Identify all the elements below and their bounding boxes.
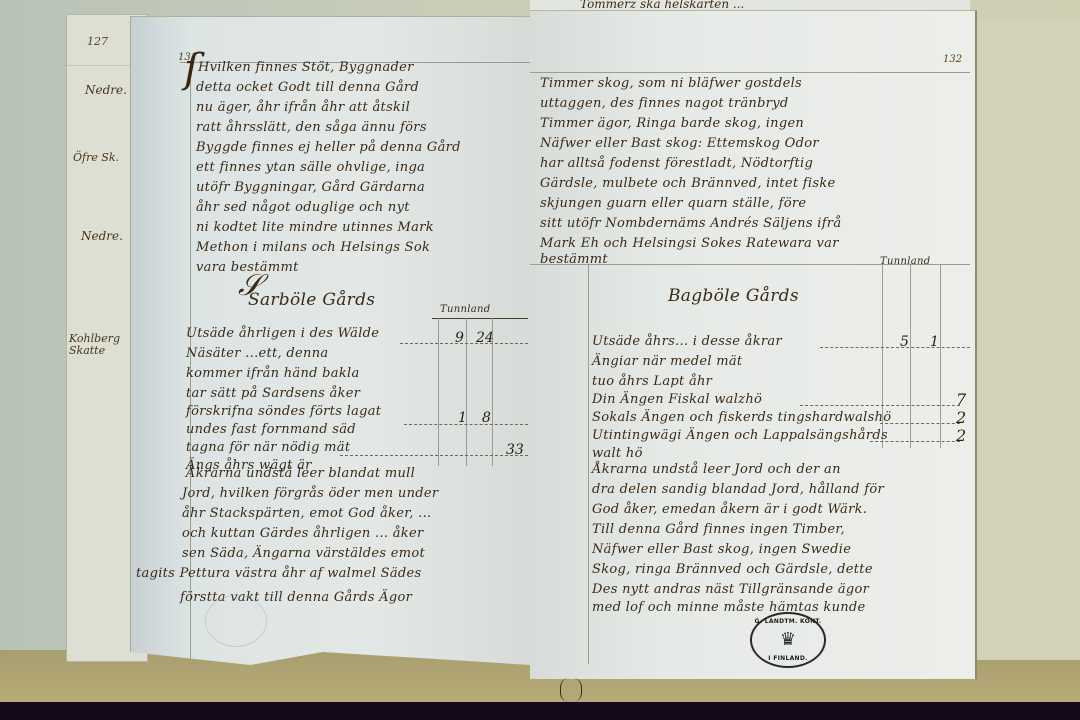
leader-dashes — [870, 441, 960, 442]
page-number: 127 — [87, 35, 108, 48]
value-cell: 33 — [506, 442, 524, 458]
text-line: har alltså fodenst förestladt, Nödtorfti… — [540, 156, 813, 171]
table-column-rule — [910, 264, 911, 448]
text-line: Åkrarna undstå leer blandat mull — [186, 466, 415, 481]
column-header: Tunnland — [440, 304, 490, 315]
photo-border — [0, 702, 1080, 720]
text-line: Näfwer eller Bast skog: Ettemskog Odor — [540, 136, 819, 151]
table-header-rule — [432, 318, 528, 319]
text-line: ni kodtet lite mindre utinnes Mark — [196, 220, 434, 235]
value-cell: 24 — [476, 330, 494, 346]
entry-text: Utsäde åhrs... i desse åkrar — [592, 334, 782, 349]
leader-dashes — [800, 405, 960, 406]
page-number: 132 — [943, 54, 962, 65]
leader-dashes — [820, 347, 970, 348]
text-line: Des nytt andras näst Tillgränsande ägor — [592, 582, 869, 597]
entry-text: tar sätt på Sardsens åker — [186, 386, 360, 401]
leader-dashes — [400, 343, 528, 344]
text-line: dra delen sandig blandad Jord, hålland f… — [592, 482, 884, 497]
text-line: Åkrarna undstå leer Jord och der an — [592, 462, 841, 477]
margin-label: Nedre. — [85, 83, 127, 97]
text-line: och kuttan Gärdes åhrligen ... åker — [182, 526, 423, 541]
text-line: utöfr Byggningar, Gård Gärdarna — [196, 180, 425, 195]
text-line: med lof och minne måste hämtas kunde — [592, 600, 866, 615]
header-rule — [530, 72, 970, 73]
entry-text: undes fast fornmand säd — [186, 422, 356, 437]
stamp-bottom-text: I FINLAND. — [768, 655, 807, 662]
value-cell: 8 — [482, 410, 491, 426]
binding-thread — [560, 678, 582, 702]
column-header: Tunnland — [880, 256, 930, 267]
page-edge — [975, 20, 1080, 660]
entry-text: Utintingwägi Ängen och Lappalsängshårds — [592, 428, 888, 443]
text-line: Methon i milans och Helsings Sok — [196, 240, 430, 255]
text-line: detta ocket Godt till denna Gård — [196, 80, 419, 95]
text-line: Gärdsle, mulbete och Brännved, intet fis… — [540, 176, 836, 191]
section-title: Bagböle Gårds — [668, 286, 799, 306]
official-stamp: G. LANDTM. KONT. ♛ I FINLAND. — [750, 612, 826, 668]
entry-text: Ängiar när medel mät — [592, 354, 742, 369]
text-line: Näfwer eller Bast skog, ingen Swedie — [592, 542, 851, 557]
leader-dashes — [340, 455, 528, 456]
text-line: nu äger, åhr ifrån åhr att åtskil — [196, 100, 410, 115]
entry-text: tuo åhrs Lapt åhr — [592, 374, 712, 389]
text-line: Till denna Gård finnes ingen Timber, — [592, 522, 845, 537]
value-cell: 5 — [900, 334, 909, 350]
value-cell: 2 — [956, 426, 966, 445]
table-column-rule — [438, 318, 439, 466]
text-line: ett finnes ytan sälle ohvlige, inga — [196, 160, 425, 175]
text-line: sitt utöfr Nombdernäms Andrés Säljens if… — [540, 216, 841, 231]
double-headed-eagle-icon: ♛ — [780, 631, 796, 649]
entry-text: Näsäter ...ett, denna — [186, 346, 328, 361]
margin-label: Kohlberg Skatte — [69, 333, 139, 357]
entry-text: Utsäde åhrligen i des Wälde — [186, 326, 379, 341]
entry-text: walt hö — [592, 446, 643, 461]
margin-rule — [588, 264, 589, 664]
value-cell: 2 — [956, 408, 966, 427]
entry-text: förskrifna söndes förts lagat — [186, 404, 381, 419]
text-line: bestämmt — [540, 252, 608, 267]
entry-text: kommer ifrån händ bakla — [186, 366, 360, 381]
value-cell: 7 — [956, 390, 966, 409]
table-column-rule — [466, 318, 467, 466]
stamp-top-text: G. LANDTM. KONT. — [755, 618, 822, 625]
text-line: tagits Pettura västra åhr af walmel Säde… — [136, 566, 422, 581]
text-line: Timmer ägor, Ringa barde skog, ingen — [540, 116, 804, 131]
margin-label: Öfre Sk. — [73, 151, 119, 164]
text-line: uttaggen, des finnes nagot tränbryd — [540, 96, 788, 111]
value-cell: 1 — [458, 410, 467, 426]
leader-dashes — [880, 423, 960, 424]
text-line: Jord, hvilken förgrås öder men under — [182, 486, 438, 501]
text-line: skjungen guarn eller quarn ställe, före — [540, 196, 806, 211]
value-cell: 9 — [455, 330, 464, 346]
text-line: åhr sed något oduglige och nyt — [196, 200, 410, 215]
text-line: Mark Eh och Helsingsi Sokes Ratewara var — [540, 236, 839, 251]
entry-text: Din Ängen Fiskal walzhö — [592, 392, 762, 407]
entry-text: tagna för när nödig mät — [186, 440, 350, 455]
text-line: God åker, emedan åkern är i godt Wärk. — [592, 502, 867, 517]
entry-text: Sokals Ängen och fiskerds tingshardwalsh… — [592, 410, 891, 425]
text-line: sen Säda, Ängarna värstäldes emot — [182, 546, 425, 561]
margin-label: Nedre. — [81, 229, 123, 243]
text-line: Skog, ringa Brännved och Gärdsle, dette — [592, 562, 873, 577]
text-line: ratt åhrsslätt, den såga ännu förs — [196, 120, 427, 135]
text-line: Timmer skog, som ni bläfwer gostdels — [540, 76, 802, 91]
table-column-rule — [940, 264, 941, 448]
value-cell: 1 — [930, 334, 939, 350]
text-line: Byggde finnes ej heller på denna Gård — [196, 140, 461, 155]
faded-stamp — [205, 595, 267, 647]
text-line: Hvilken finnes Stöt, Byggnader — [198, 60, 414, 75]
section-title: Sarböle Gårds — [248, 290, 375, 310]
text-line: åhr Stackspärten, emot God åker, ... — [182, 506, 431, 521]
